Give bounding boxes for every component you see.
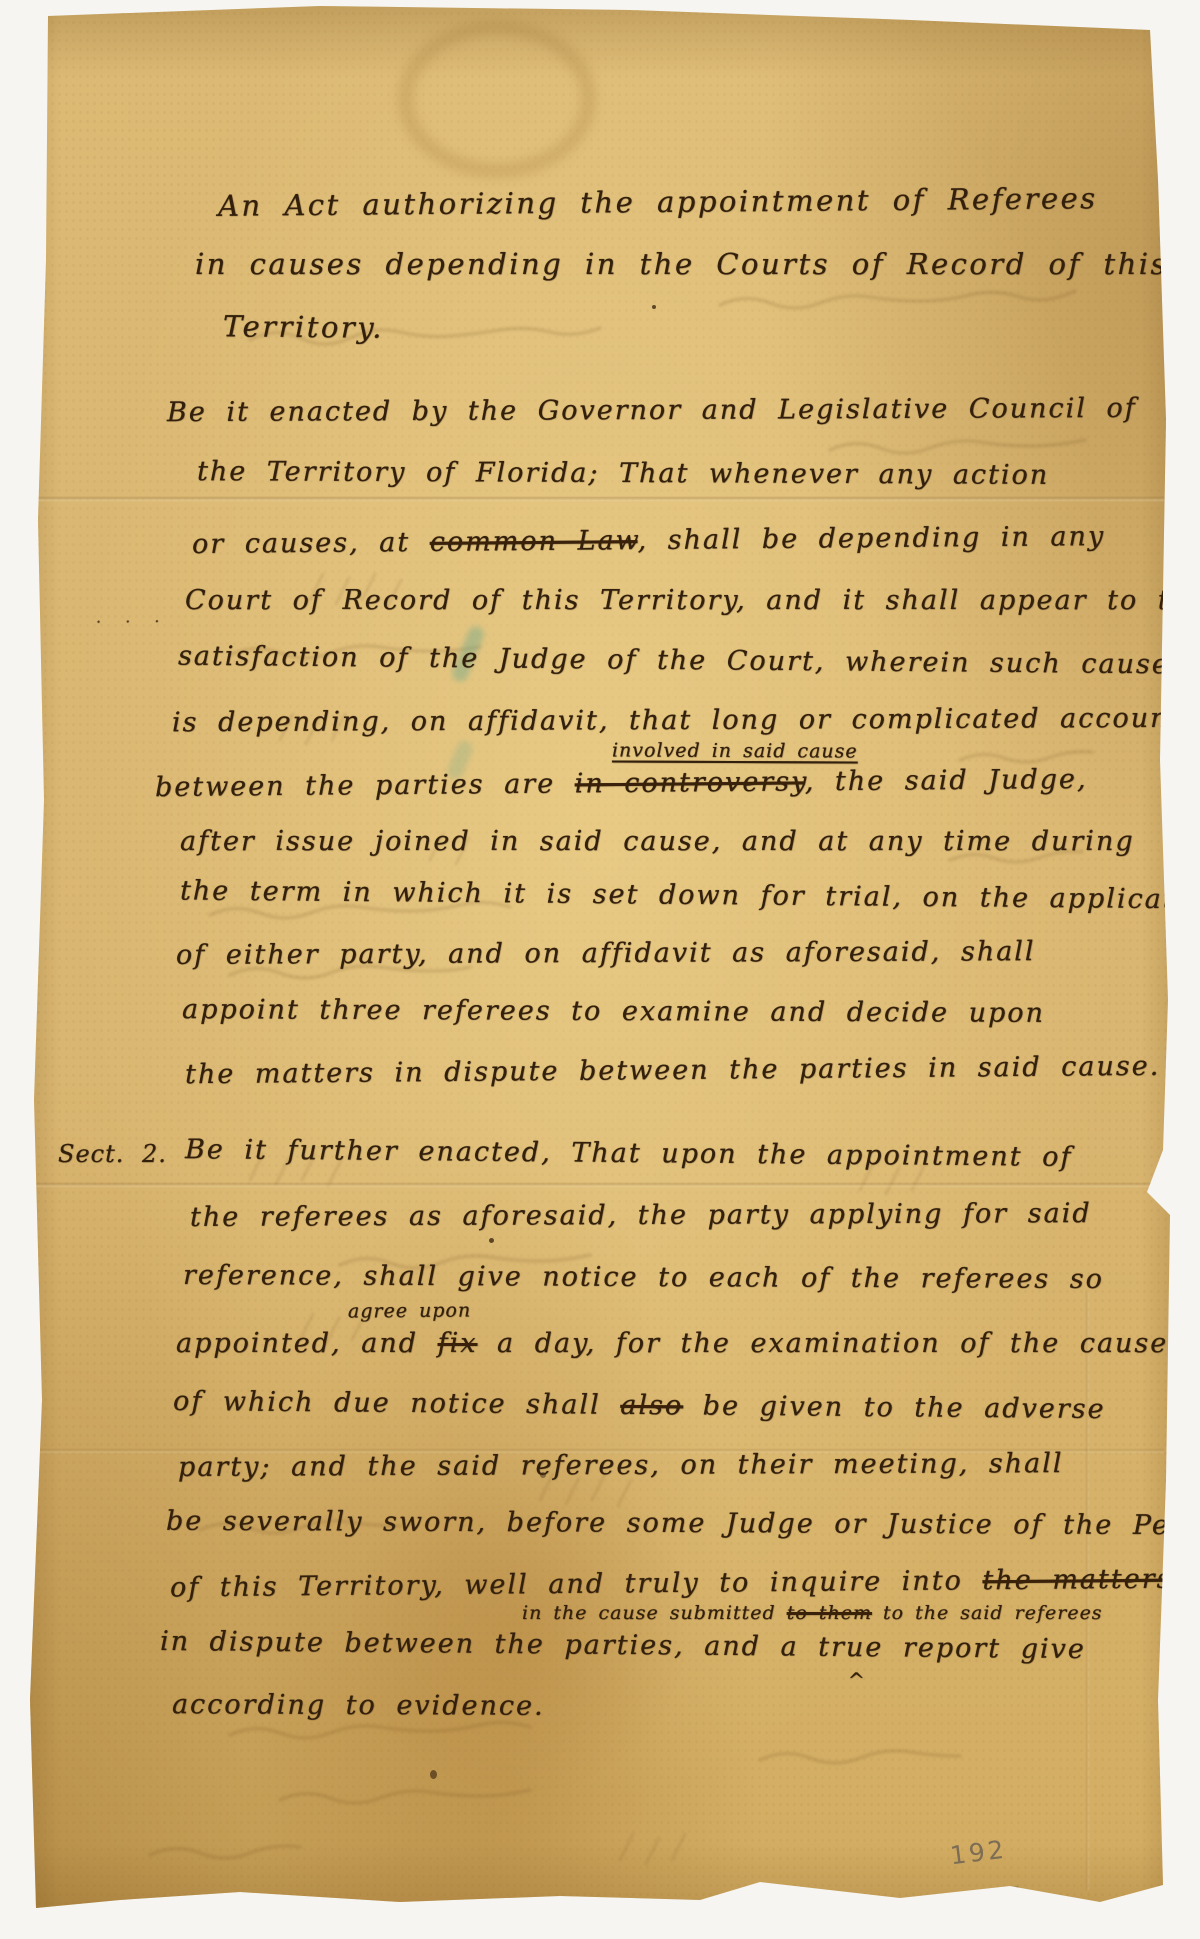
section1-line-11: appoint three referees to examine and de… <box>182 994 1045 1029</box>
handwritten-text: a day, for the examination of the cause <box>477 1328 1168 1359</box>
handwritten-text: of which due notice shall <box>173 1386 621 1421</box>
struck-text: the matters <box>982 1564 1172 1597</box>
handwritten-text: according to evidence. <box>172 1689 545 1722</box>
fold-crease-2 <box>36 1183 1164 1187</box>
struck-text: fix <box>438 1328 478 1359</box>
section2-line-2: the referees as aforesaid, the party app… <box>190 1198 1092 1233</box>
section2-label: Sect. 2. <box>58 1140 167 1168</box>
handwritten-text: , the said Judge, <box>805 764 1088 797</box>
section1-line-1: Be it enacted by the Governor and Legisl… <box>167 393 1137 428</box>
section1-line-2: the Territory of Florida; That whenever … <box>197 456 1049 491</box>
section1-line-6: is depending, on affidavit, that long or… <box>172 703 1198 738</box>
ink-speck <box>652 305 656 309</box>
handwritten-text: party; and the said referees, on their m… <box>178 1448 1064 1483</box>
handwritten-text: Sect. 2. <box>58 1140 167 1168</box>
handwritten-text: involved in said cause <box>612 739 858 762</box>
handwritten-text: in causes depending in the Courts of Rec… <box>195 247 1168 281</box>
fold-crease-1 <box>36 497 1164 501</box>
handwritten-text: Court of Record of this Territory, and i… <box>185 585 1200 616</box>
handwritten-text: or causes, at <box>192 527 430 560</box>
scan-background: An Act authorizing the appointment of Re… <box>0 0 1200 1939</box>
ink-speck <box>430 1770 437 1779</box>
handwritten-text: ^ <box>848 1668 867 1692</box>
handwritten-text: be severally sworn, before some Judge or… <box>166 1506 1200 1542</box>
water-stain <box>398 20 596 178</box>
handwritten-text: reference, shall give notice to each of … <box>183 1260 1104 1295</box>
struck-text: also <box>620 1390 683 1422</box>
insertion-in-the-cause-submitted: in the cause submitted to them to the sa… <box>522 1602 1103 1624</box>
handwritten-text: , shall be depending in any <box>637 521 1105 556</box>
section2-line-10: according to evidence. <box>172 1689 545 1722</box>
insertion-agree-upon: agree upon <box>348 1299 471 1322</box>
section2-line-7: be severally sworn, before some Judge or… <box>166 1506 1200 1542</box>
struck-text: in controversy <box>575 766 805 799</box>
margin-ink-dots: · · · <box>96 612 165 632</box>
handwritten-text: between the parties are <box>155 768 575 803</box>
handwritten-text: in the cause submitted <box>522 1602 787 1624</box>
handwritten-text: appointed, and <box>176 1328 438 1359</box>
pencil-partial-mark <box>984 1886 1019 1903</box>
act-title-line-3: Territory. <box>223 309 384 344</box>
paper-sheet: An Act authorizing the appointment of Re… <box>0 0 1200 1939</box>
section1-line-10: of either party, and on affidavit as afo… <box>176 936 1036 971</box>
ink-speck <box>489 1238 494 1243</box>
handwritten-text: the Territory of Florida; That whenever … <box>197 456 1049 491</box>
handwritten-text: the referees as aforesaid, the party app… <box>190 1198 1092 1233</box>
handwritten-text: agree upon <box>348 1299 471 1322</box>
handwritten-text: Territory. <box>223 309 384 344</box>
caret-mark: ^ <box>848 1668 867 1692</box>
struck-text: to them <box>787 1602 872 1624</box>
handwritten-text: appoint three referees to examine and de… <box>182 994 1045 1029</box>
section2-line-4: appointed, and fix a day, for the examin… <box>176 1328 1168 1359</box>
handwritten-text: · · · <box>96 612 165 632</box>
handwritten-text: to the said referees <box>872 1602 1103 1624</box>
handwritten-text: of either party, and on affidavit as afo… <box>176 936 1036 971</box>
handwritten-text: Be it enacted by the Governor and Legisl… <box>167 393 1137 428</box>
handwritten-text: after issue joined in said cause, and at… <box>180 826 1135 857</box>
section1-line-4: Court of Record of this Territory, and i… <box>185 585 1200 616</box>
act-title-line-2: in causes depending in the Courts of Rec… <box>195 247 1168 281</box>
struck-text: common Law <box>430 525 638 558</box>
handwritten-text: is depending, on affidavit, that long or… <box>172 703 1198 738</box>
handwritten-text: be given to the adverse <box>683 1390 1106 1425</box>
section2-line-6: party; and the said referees, on their m… <box>178 1448 1064 1483</box>
section2-line-3: reference, shall give notice to each of … <box>183 1260 1104 1295</box>
insertion-involved-in-said-cause: involved in said cause <box>612 739 858 762</box>
section1-line-8: after issue joined in said cause, and at… <box>180 826 1135 857</box>
